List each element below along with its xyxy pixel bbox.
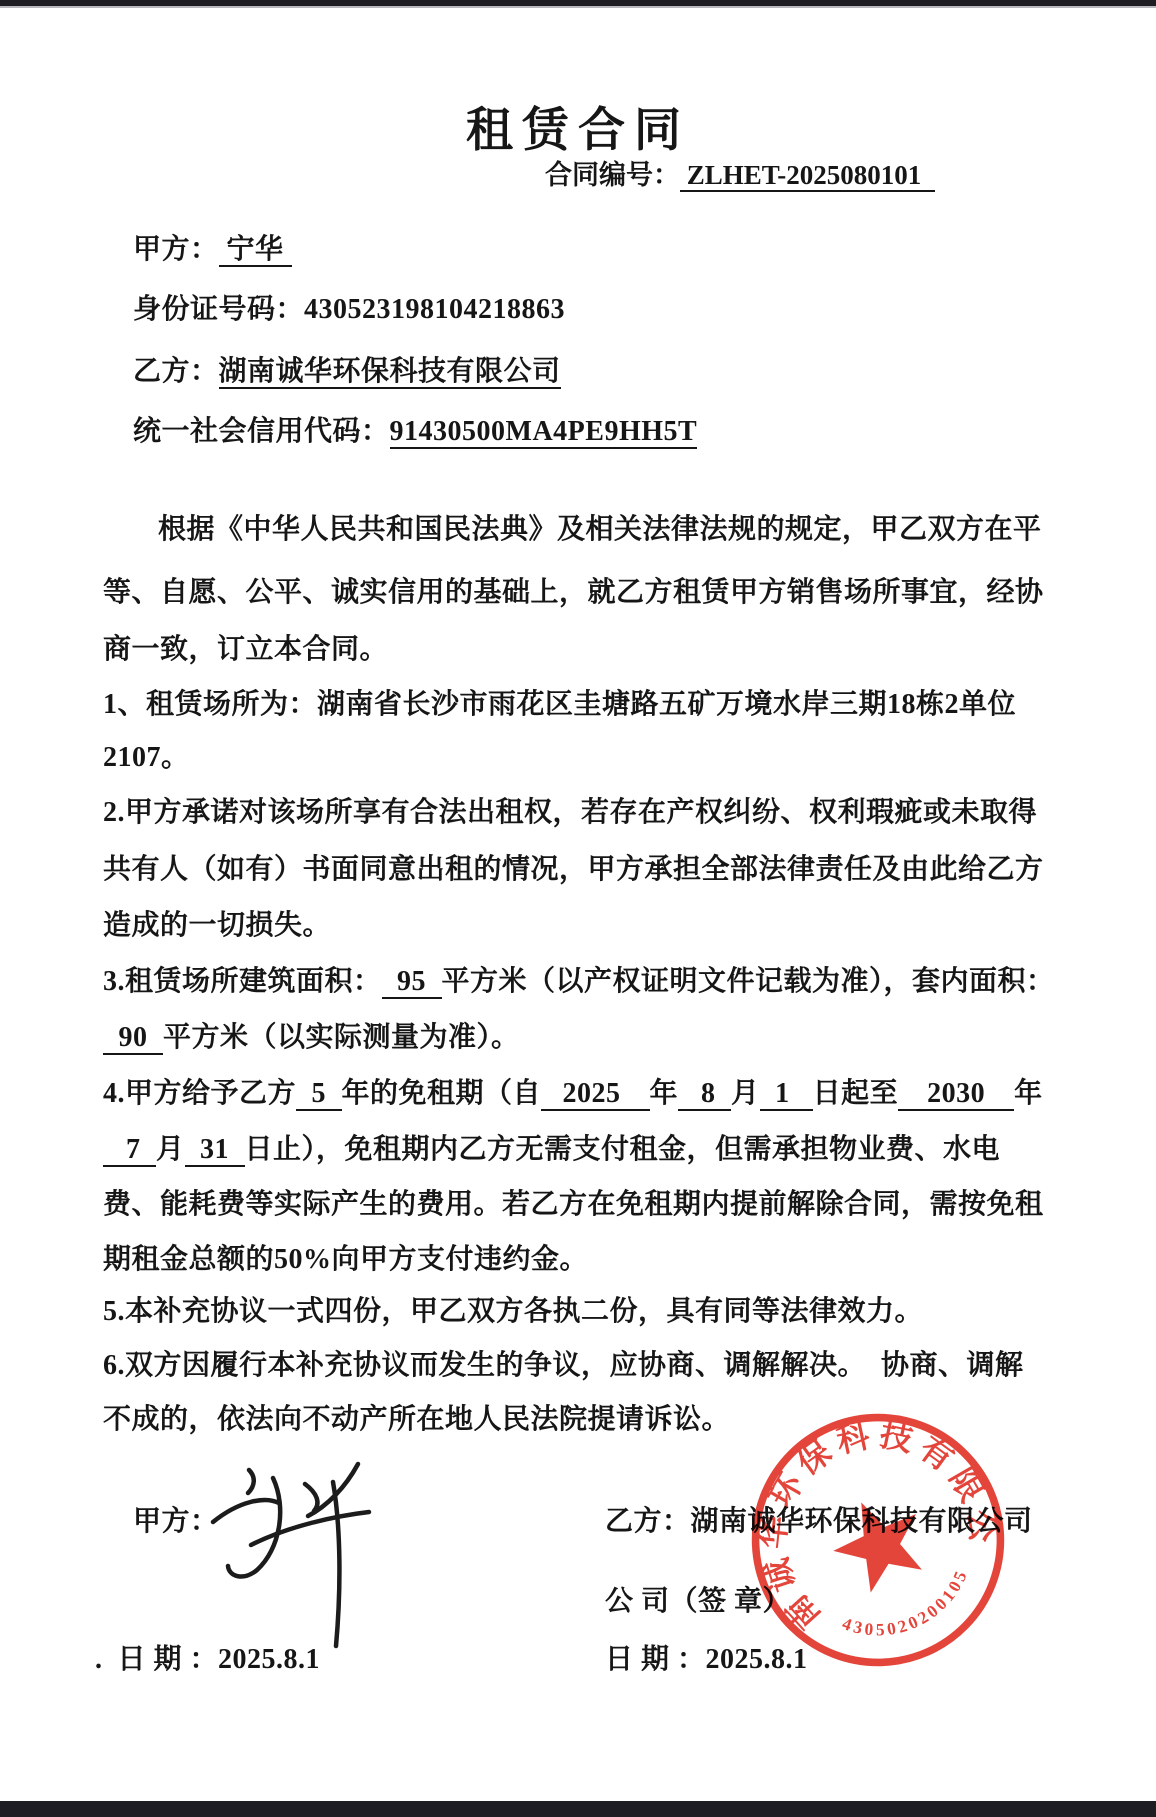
clause-6-line-1: 6.双方因履行本补充协议而发生的争议，应协商、调解解决。 协商、调解 bbox=[103, 1346, 1024, 1386]
clause-4-text-4: 月 bbox=[731, 1078, 760, 1109]
end-month-blank: 7 bbox=[103, 1134, 156, 1167]
rent-free-years-blank: 5 bbox=[296, 1078, 342, 1111]
party-a-line: 甲方：宁华 bbox=[133, 230, 292, 270]
clause-4-text-3: 年 bbox=[650, 1078, 679, 1109]
clause-3-text: 3.租赁场所建筑面积： bbox=[103, 966, 382, 997]
clause-4-line-1: 4.甲方给予乙方 5 年的免租期（自 2025 年 8 月 1 日起至 2030… bbox=[103, 1074, 1043, 1114]
clause-4-text: 4.甲方给予乙方 bbox=[103, 1078, 296, 1109]
scan-edge-bottom bbox=[0, 1801, 1156, 1817]
party-b-line: 乙方：湖南诚华环保科技有限公司 bbox=[133, 352, 561, 392]
credit-code-line: 统一社会信用代码：91430500MA4PE9HH5T bbox=[133, 412, 697, 452]
clause-4-line-4: 期租金总额的50%向甲方支付违约金。 bbox=[103, 1240, 588, 1280]
party-b-name: 湖南诚华环保科技有限公司 bbox=[219, 356, 561, 389]
credit-code-label: 统一社会信用代码： bbox=[133, 416, 390, 447]
clause-5-line-1: 5.本补充协议一式四份，甲乙双方各执二份，具有同等法律效力。 bbox=[103, 1292, 923, 1332]
clause-3-text-2: 平方米（以产权证明文件记载为准），套内面积： bbox=[442, 966, 1055, 997]
id-number: 430523198104218863 bbox=[304, 294, 565, 325]
contract-number-value: ZLHET-2025080101 bbox=[680, 160, 935, 192]
start-year-blank: 2025 bbox=[541, 1078, 650, 1111]
party-a-signature bbox=[193, 1446, 383, 1661]
contract-number-line: 合同编号： ZLHET-2025080101 bbox=[545, 156, 935, 194]
id-label: 身份证号码： bbox=[133, 294, 304, 325]
start-month-blank: 8 bbox=[678, 1078, 731, 1111]
end-day-blank: 31 bbox=[185, 1134, 245, 1167]
clause-4-text-2: 年的免租期（自 bbox=[342, 1078, 542, 1109]
party-b-date-line: 日 期 ：2025.8.1 bbox=[605, 1640, 808, 1680]
clause-3-line-1: 3.租赁场所建筑面积： 95 平方米（以产权证明文件记载为准），套内面积： bbox=[103, 962, 1055, 1002]
clause-2-line-3: 造成的一切损失。 bbox=[103, 906, 331, 946]
clause-1-line-2: 2107。 bbox=[103, 738, 190, 778]
end-year-blank: 2030 bbox=[898, 1078, 1014, 1111]
clause-4-text-7: 月 bbox=[156, 1134, 185, 1165]
party-a-name: 宁华 bbox=[219, 234, 292, 267]
built-area-blank: 95 bbox=[382, 966, 442, 999]
intro-line-3: 商一致，订立本合同。 bbox=[103, 630, 388, 670]
clause-4-line-2: 7 月 31 日止），免租期内乙方无需支付租金，但需承担物业费、水电 bbox=[103, 1130, 1000, 1170]
clause-4-text-5: 日起至 bbox=[813, 1078, 899, 1109]
document-title: 租赁合同 bbox=[0, 103, 1156, 159]
credit-code-value: 91430500MA4PE9HH5T bbox=[390, 416, 698, 449]
clause-3-text-3: 平方米（以实际测量为准）。 bbox=[163, 1022, 520, 1053]
seal-star-icon bbox=[820, 1484, 938, 1600]
inner-area-blank: 90 bbox=[103, 1022, 163, 1055]
intro-line-2: 等、自愿、公平、诚实信用的基础上，就乙方租赁甲方销售场所事宜，经协 bbox=[103, 573, 1044, 613]
start-day-blank: 1 bbox=[760, 1078, 813, 1111]
contract-document: 租赁合同 合同编号： ZLHET-2025080101 甲方：宁华 身份证号码：… bbox=[0, 0, 1156, 1817]
clause-2-line-1: 2.甲方承诺对该场所享有合法出租权，若存在产权纠纷、权利瑕疵或未取得 bbox=[103, 793, 1037, 833]
contract-number-label: 合同编号： bbox=[545, 160, 680, 190]
signature-party-b-label: 乙方： bbox=[605, 1506, 691, 1537]
party-a-date-line: . 日 期 ：2025.8.1 bbox=[95, 1640, 320, 1680]
clause-2-line-2: 共有人（如有）书面同意出租的情况，甲方承担全部法律责任及由此给乙方 bbox=[103, 850, 1044, 890]
clause-3-line-2: 90 平方米（以实际测量为准）。 bbox=[103, 1018, 520, 1058]
clause-4-line-3: 费、能耗费等实际产生的费用。若乙方在免租期内提前解除合同，需按免租 bbox=[103, 1185, 1044, 1225]
party-b-label: 乙方： bbox=[133, 356, 219, 387]
party-a-label: 甲方： bbox=[133, 234, 219, 265]
clause-4-text-8: 日止），免租期内乙方无需支付租金，但需承担物业费、水电 bbox=[245, 1134, 1001, 1165]
party-a-id-line: 身份证号码：430523198104218863 bbox=[133, 290, 565, 330]
seal-number-text: 4305020200105 bbox=[834, 1560, 984, 1660]
intro-line-1: 根据《中华人民共和国民法典》及相关法律法规的规定，甲乙双方在平 bbox=[158, 510, 1042, 550]
scan-edge-top bbox=[0, 0, 1156, 8]
clause-1-line-1: 1、租赁场所为：湖南省长沙市雨花区圭塘路五矿万境水岸三期18栋2单位 bbox=[103, 685, 1016, 725]
clause-4-text-6: 年 bbox=[1014, 1078, 1043, 1109]
clause-6-line-2: 不成的，依法向不动产所在地人民法院提请诉讼。 bbox=[103, 1400, 730, 1440]
